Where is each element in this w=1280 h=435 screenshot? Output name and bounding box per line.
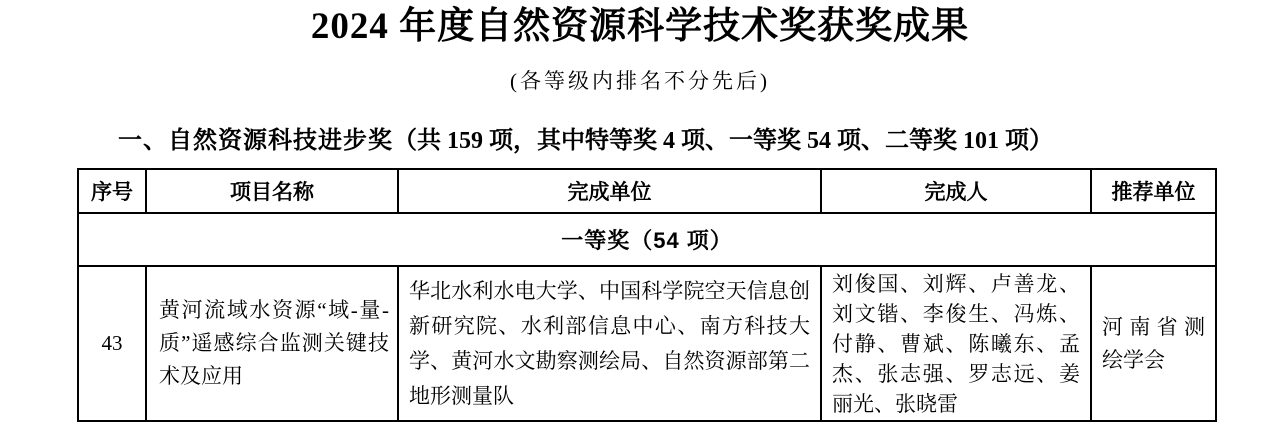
award-group-row: 一等奖（54 项）	[78, 213, 1216, 266]
section-heading-detail: （共 159 项，其中特等奖 4 项、一等奖 54 项、二等奖 101 项）	[393, 128, 1053, 154]
awards-table: 序号 项目名称 完成单位 完成人 推荐单位 一等奖（54 项） 43 黄河流域水…	[77, 168, 1217, 422]
table-row: 43 黄河流域水资源“域-量-质”遥感综合监测关键技术及应用 华北水利水电大学、…	[78, 266, 1216, 421]
table-header-row: 序号 项目名称 完成单位 完成人 推荐单位	[78, 169, 1216, 213]
column-header-people: 完成人	[821, 169, 1091, 213]
section-heading: 一、自然资源科技进步奖（共 159 项，其中特等奖 4 项、一等奖 54 项、二…	[118, 120, 1280, 155]
cell-recommender: 河南省测绘学会	[1091, 266, 1216, 421]
cell-serial-number: 43	[78, 266, 146, 421]
page-title: 2024 年度自然资源科学技术奖获奖成果	[0, 0, 1280, 49]
page-subtitle: (各等级内排名不分先后)	[0, 65, 1280, 95]
section-heading-label: 一、自然资源科技进步奖	[118, 127, 393, 154]
column-header-project-name: 项目名称	[146, 169, 398, 213]
cell-project-name: 黄河流域水资源“域-量-质”遥感综合监测关键技术及应用	[146, 266, 398, 421]
column-header-organizations: 完成单位	[398, 169, 821, 213]
cell-people: 刘俊国、刘辉、卢善龙、刘文锴、李俊生、冯炼、付静、曹斌、陈曦东、孟杰、张志强、罗…	[821, 266, 1091, 421]
cell-organizations: 华北水利水电大学、中国科学院空天信息创新研究院、水利部信息中心、南方科技大学、黄…	[398, 266, 821, 421]
column-header-no: 序号	[78, 169, 146, 213]
column-header-recommender: 推荐单位	[1091, 169, 1216, 213]
award-group-label: 一等奖（54 项）	[78, 213, 1216, 266]
document-page: 2024 年度自然资源科学技术奖获奖成果 (各等级内排名不分先后) 一、自然资源…	[0, 0, 1280, 155]
